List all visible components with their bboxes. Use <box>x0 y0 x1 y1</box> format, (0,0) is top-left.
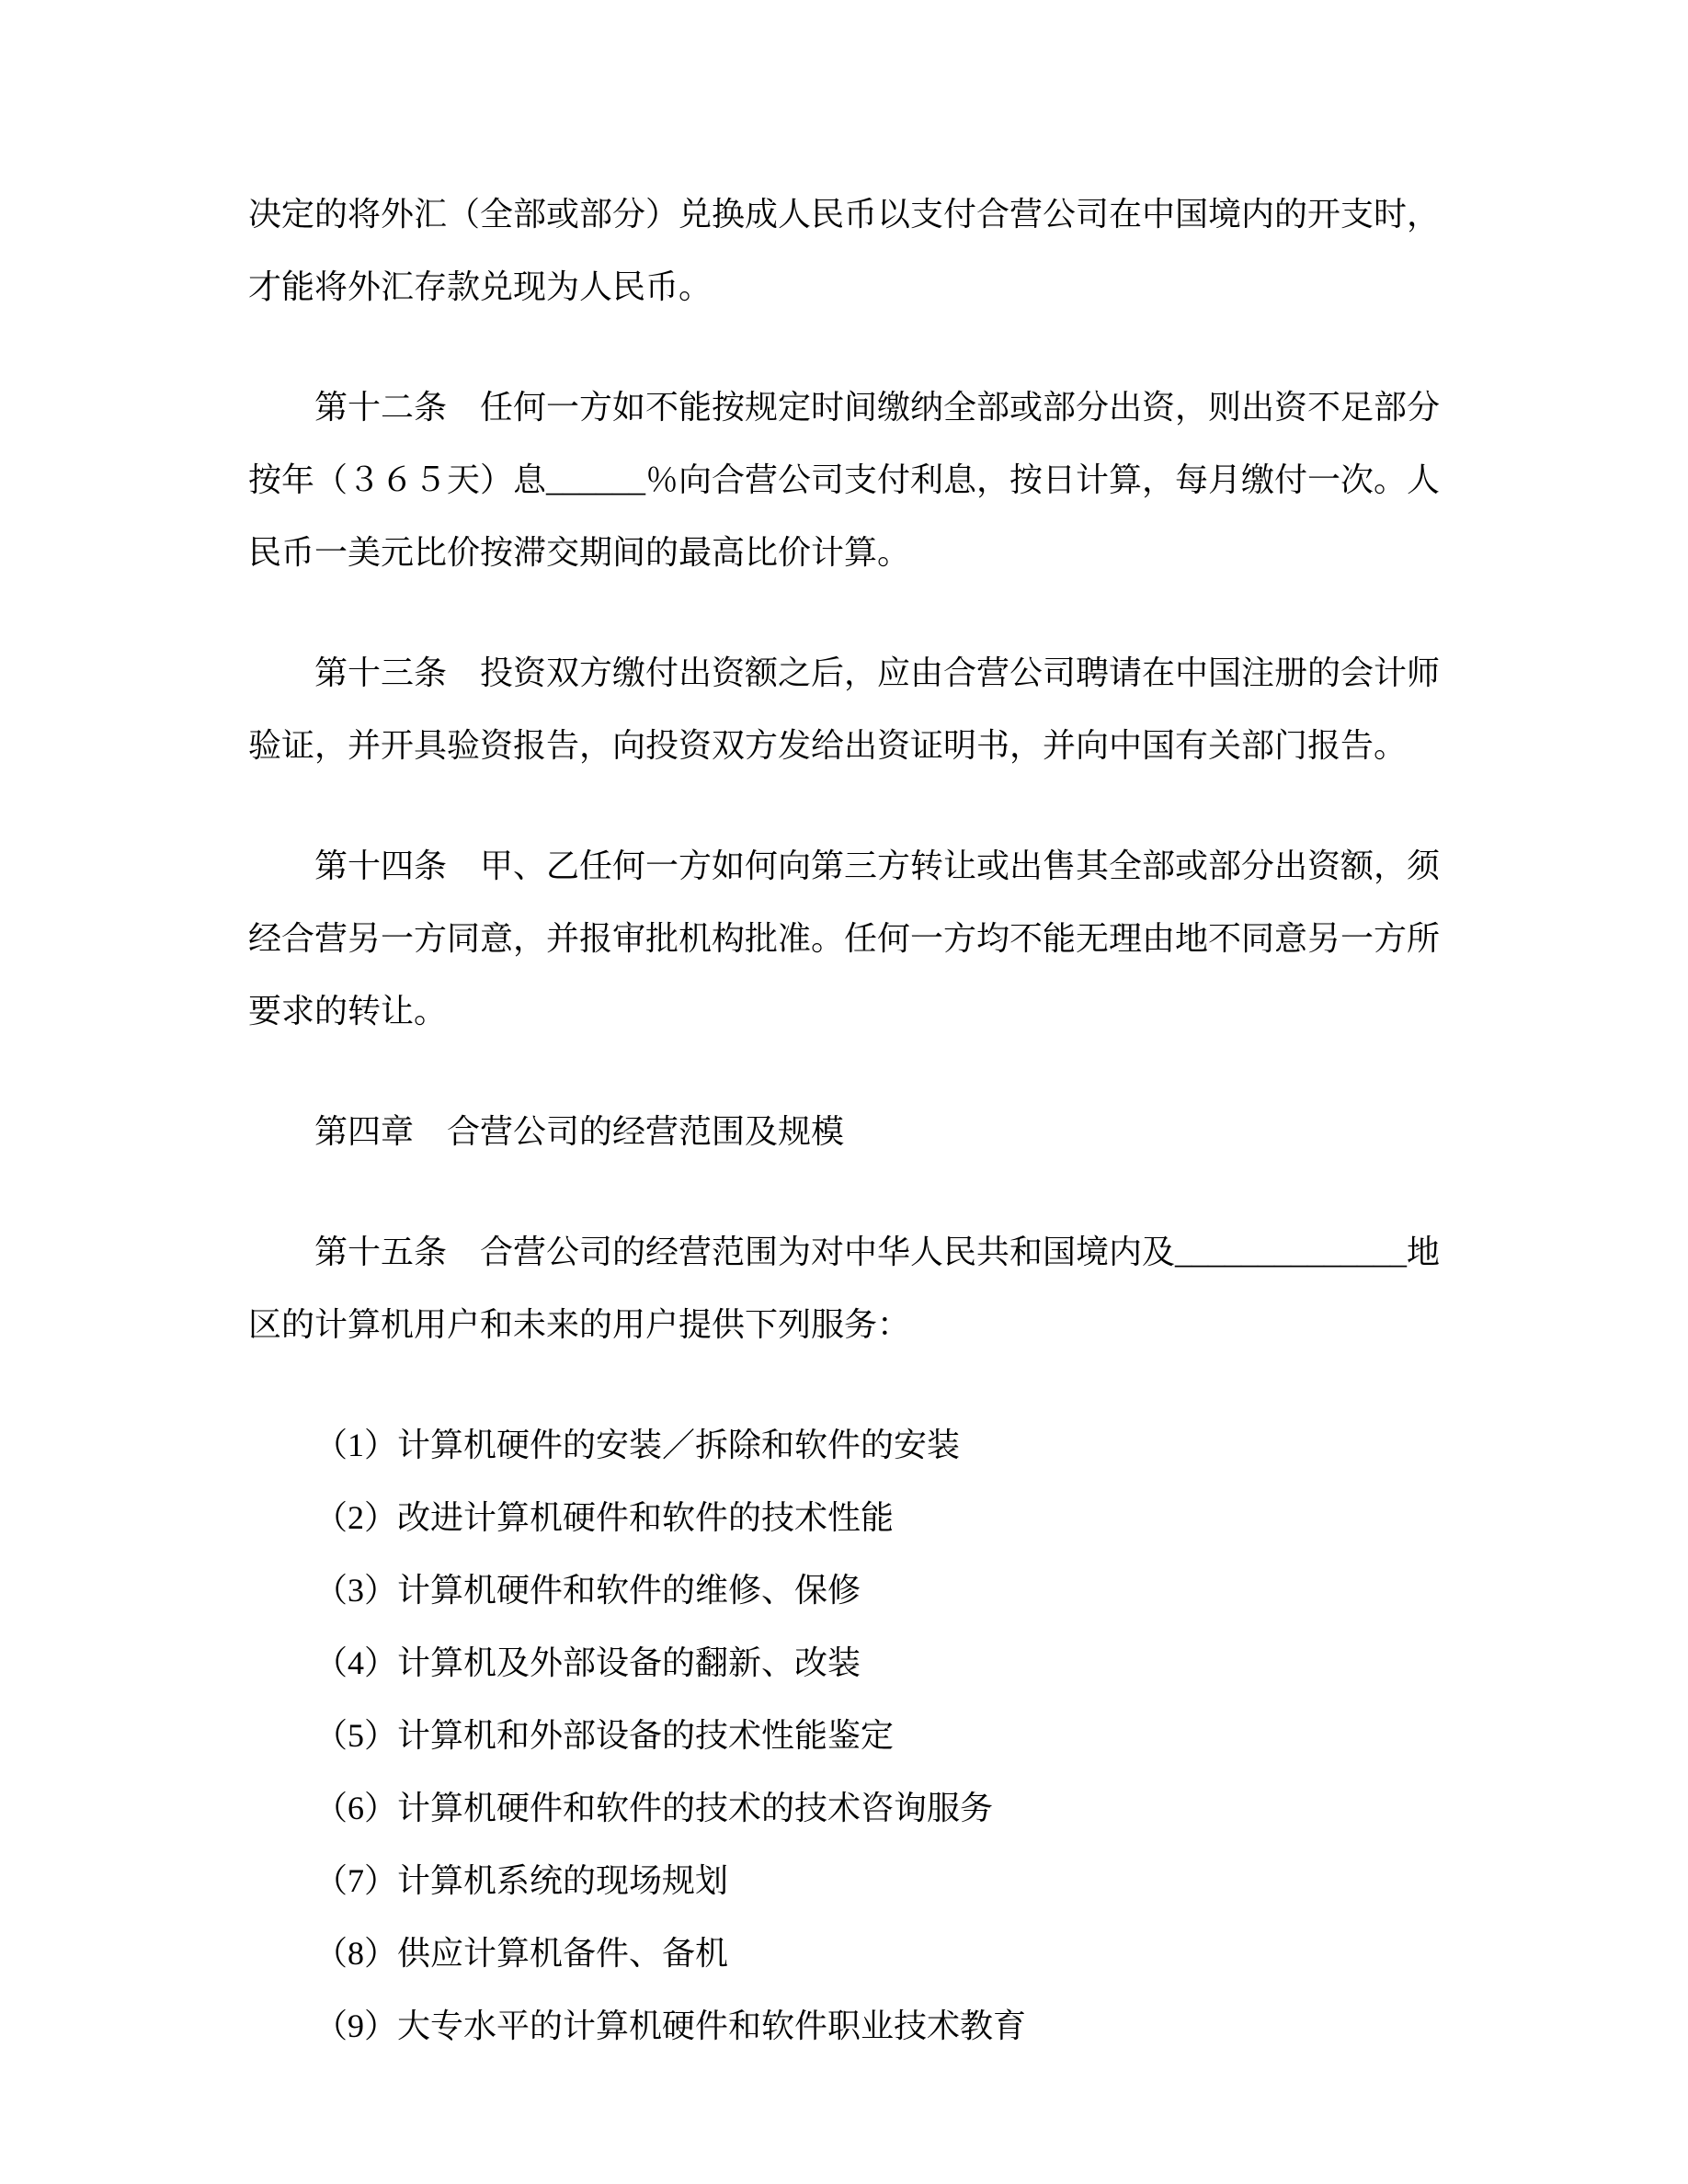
chapter-4-heading: 第四章 合营公司的经营范围及规模 <box>248 1096 1440 1168</box>
document-page: 决定的将外汇（全部或部分）兑换成人民币以支付合营公司在中国境内的开支时，才能将外… <box>0 0 1688 2184</box>
service-item-5: （5）计算机和外部设备的技术性能鉴定 <box>248 1700 1440 1772</box>
service-item-4: （4）计算机及外部设备的翻新、改装 <box>248 1627 1440 1700</box>
para-article-15: 第十五条 合营公司的经营范围为对中华人民共和国境内及______________… <box>248 1216 1440 1361</box>
para-article-13: 第十三条 投资双方缴付出资额之后，应由合营公司聘请在中国注册的会计师验证，并开具… <box>248 637 1440 782</box>
service-item-8: （8）供应计算机备件、备机 <box>248 1917 1440 1990</box>
service-item-6: （6）计算机硬件和软件的技术的技术咨询服务 <box>248 1772 1440 1845</box>
para-article-14: 第十四条 甲、乙任何一方如何向第三方转让或出售其全部或部分出资额，须经合营另一方… <box>248 830 1440 1048</box>
service-list: （1）计算机硬件的安装／拆除和软件的安装 （2）改进计算机硬件和软件的技术性能 … <box>248 1409 1440 2063</box>
service-item-9: （9）大专水平的计算机硬件和软件职业技术教育 <box>248 1990 1440 2063</box>
para-article-12: 第十二条 任何一方如不能按规定时间缴纳全部或部分出资，则出资不足部分按年（３６５… <box>248 371 1440 589</box>
para-continuation: 决定的将外汇（全部或部分）兑换成人民币以支付合营公司在中国境内的开支时，才能将外… <box>248 178 1440 324</box>
service-item-7: （7）计算机系统的现场规划 <box>248 1845 1440 1917</box>
contract-text-column: 决定的将外汇（全部或部分）兑换成人民币以支付合营公司在中国境内的开支时，才能将外… <box>248 178 1440 2063</box>
service-item-3: （3）计算机硬件和软件的维修、保修 <box>248 1554 1440 1627</box>
service-item-2: （2）改进计算机硬件和软件的技术性能 <box>248 1482 1440 1554</box>
service-item-1: （1）计算机硬件的安装／拆除和软件的安装 <box>248 1409 1440 1482</box>
